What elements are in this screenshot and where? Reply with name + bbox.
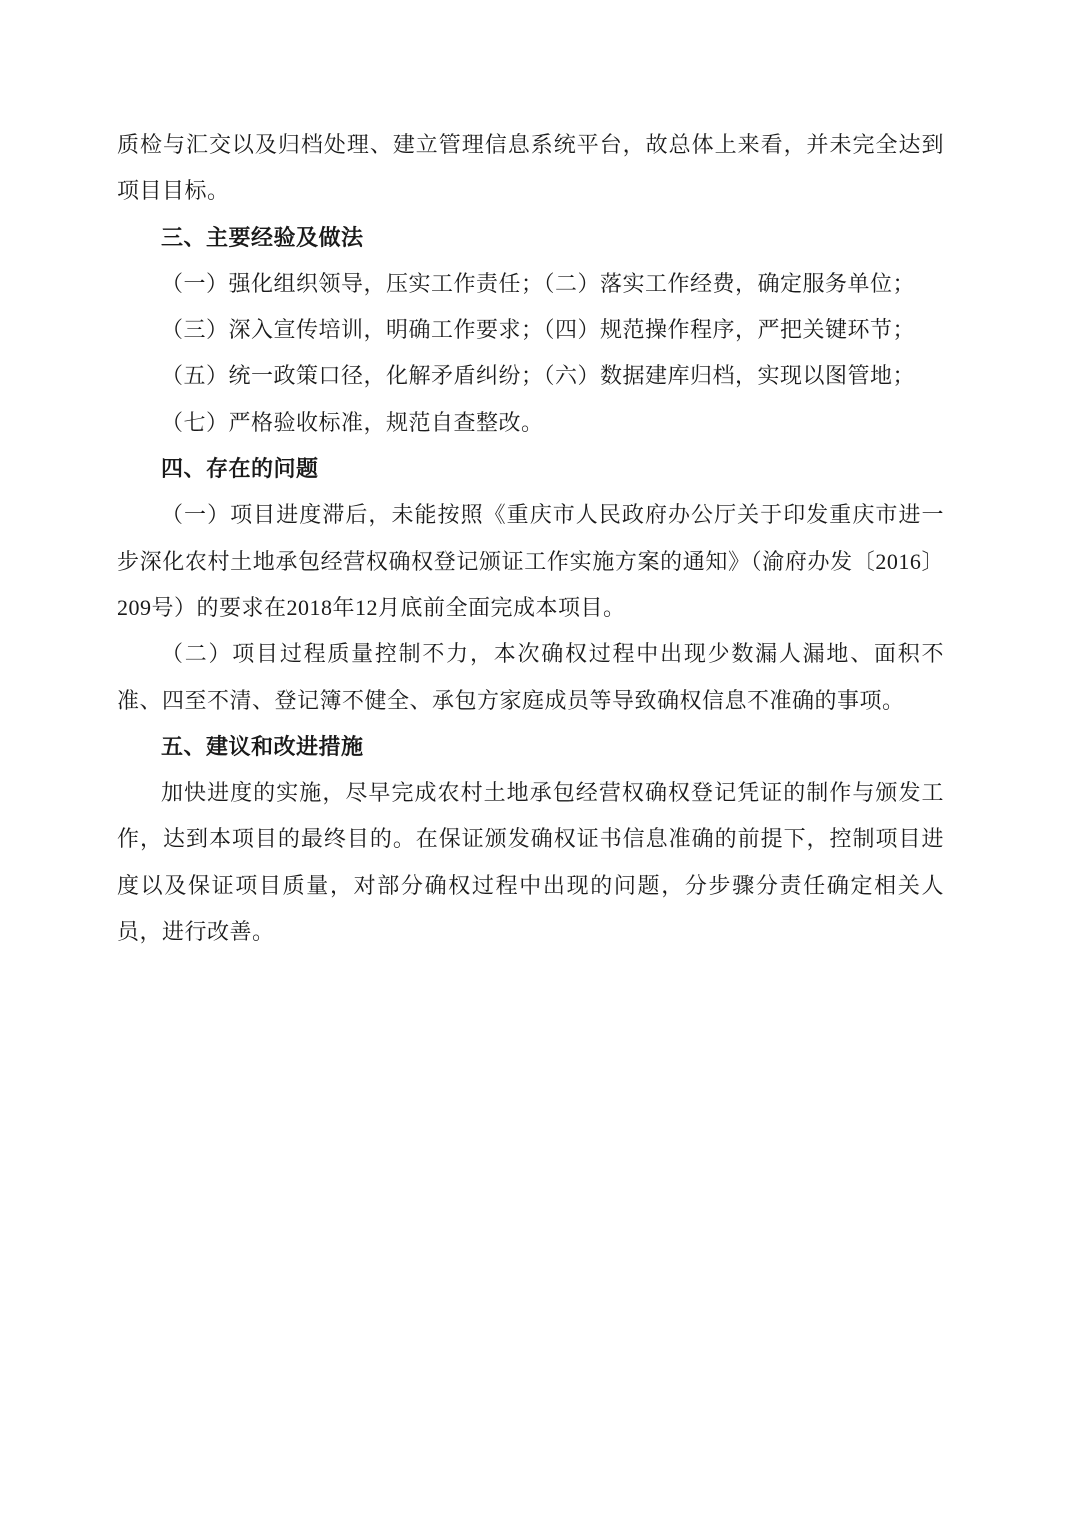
body-paragraph: （二）项目过程质量控制不力，本次确权过程中出现少数漏人漏地、面积不准、四至不清、… xyxy=(117,631,944,724)
section-heading: 四、存在的问题 xyxy=(117,446,944,492)
body-paragraph: 加快进度的实施，尽早完成农村土地承包经营权确权登记凭证的制作与颁发工作，达到本项… xyxy=(117,770,944,955)
body-paragraph: （一）项目进度滞后，未能按照《重庆市人民政府办公厅关于印发重庆市进一步深化农村土… xyxy=(117,492,944,631)
section-heading: 三、主要经验及做法 xyxy=(117,215,944,261)
body-paragraph: （一）强化组织领导，压实工作责任；（二）落实工作经费，确定服务单位； xyxy=(117,261,944,307)
section-heading: 五、建议和改进措施 xyxy=(117,724,944,770)
body-paragraph: 质检与汇交以及归档处理、建立管理信息系统平台，故总体上来看，并未完全达到项目目标… xyxy=(117,122,944,215)
body-paragraph: （三）深入宣传培训，明确工作要求；（四）规范操作程序，严把关键环节； xyxy=(117,307,944,353)
document-page: 质检与汇交以及归档处理、建立管理信息系统平台，故总体上来看，并未完全达到项目目标… xyxy=(0,0,1074,1520)
body-paragraph: （五）统一政策口径，化解矛盾纠纷；（六）数据建库归档，实现以图管地； xyxy=(117,353,944,399)
body-paragraph: （七）严格验收标准，规范自查整改。 xyxy=(117,400,944,446)
